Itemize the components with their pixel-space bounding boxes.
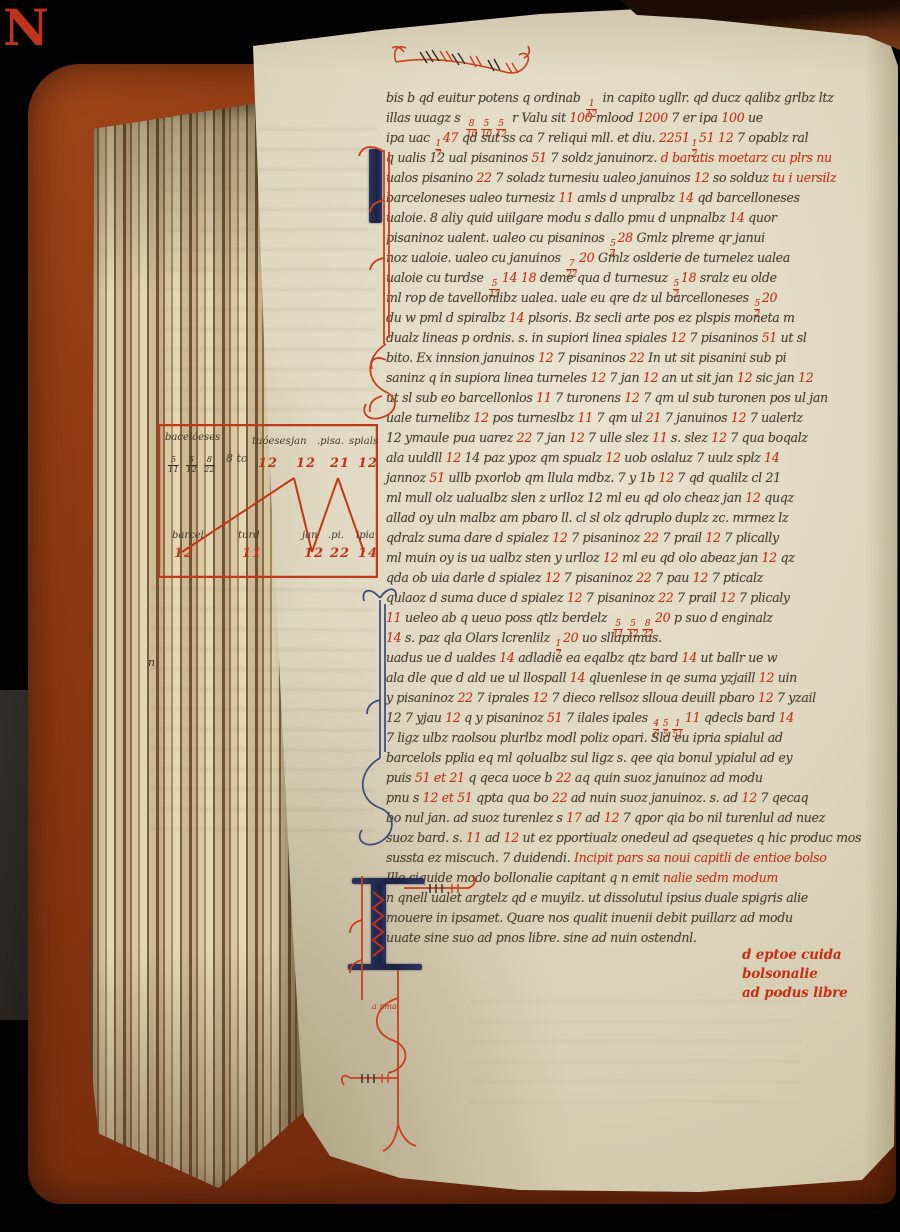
ink-text: 7 ilales ipales: [562, 710, 651, 725]
ink-text: 7 pisaninoz: [582, 590, 658, 605]
ink-text: ml eu qd olo abeaz jan: [618, 550, 761, 565]
rubric-text: 12: [545, 570, 560, 585]
rubric-text: 14: [499, 650, 514, 665]
text-line: 7 ligz ulbz raolsou plurlbz modl poliz o…: [386, 728, 892, 748]
ink-text: q ualis 12 ual pisaninos: [386, 150, 532, 165]
diagram-value: 12: [304, 546, 324, 561]
ink-text: 12 7 yjau: [386, 710, 445, 725]
text-line: n qnell ualet argtelz qd e muyilz. ut di…: [386, 888, 892, 908]
diagram-fraction: 822: [204, 456, 215, 475]
rubric-text: 22: [556, 770, 571, 785]
flourish-note: a pma: [372, 1002, 397, 1011]
ink-text: ad: [582, 810, 604, 825]
ink-text: qz: [777, 550, 795, 565]
diagram-value: 21: [330, 456, 350, 471]
ink-text: ml mull olz ualualbz slen z urlloz 12 ml…: [386, 490, 745, 505]
ink-text: mouere in ipsamet. Quare nos qualit inue…: [386, 910, 793, 925]
ink-text: ualoie. 8 aliy quid uiilgare modu s dall…: [386, 210, 729, 225]
text-line: noz ualoie. ualeo cu januinos 72220 Gmlz…: [386, 248, 892, 268]
rubric-text: 14: [729, 210, 744, 225]
rubric-text: 12: [737, 370, 752, 385]
ink-text: uob oslaluz 7 uulz splz: [621, 450, 764, 465]
diagram-label: spials: [349, 436, 378, 447]
ink-text: 7 iprales: [473, 690, 533, 705]
rubric-text: 51: [429, 470, 444, 485]
ink-text: 7 ualerlz: [746, 410, 802, 425]
ink-text: 7 er ipa: [668, 110, 722, 125]
text-line: illas uuagz s 810510512 r Valu sit 100 m…: [386, 108, 892, 128]
ink-text: saninz q in supiora linea turneles: [386, 370, 590, 385]
ink-text: sic jan: [752, 370, 798, 385]
ink-text: an ut sit jan: [658, 370, 737, 385]
ink-text: deme qua d turnesuz: [536, 270, 671, 285]
rubric-text: 14 18: [502, 270, 536, 285]
text-line: 12 7 yjau 12 q y pisaninoz 51 7 ilales i…: [386, 708, 892, 728]
rubric-text: 22: [658, 590, 673, 605]
diagram-label: .pi.: [328, 530, 344, 541]
ink-text: jannoz: [386, 470, 429, 485]
ink-text: 7 januinos: [661, 410, 731, 425]
ink-text: 7 qd qualilz cl 21: [674, 470, 781, 485]
ink-text: 7 prail: [673, 590, 720, 605]
ink-text: puis: [386, 770, 415, 785]
rubric-text: 12: [569, 430, 584, 445]
ink-text: quor: [745, 210, 777, 225]
rubric-text: 1200: [637, 110, 668, 125]
ink-text: 12 ymaule pua uarez: [386, 430, 517, 445]
ink-text: 7 prail: [659, 530, 706, 545]
ink-text: aq quin suoz januinoz ad modu: [571, 770, 762, 785]
text-line: pnu s 12 et 51 qpta qua bo 22 ad nuin su…: [386, 788, 892, 808]
rubric-text: 12: [446, 450, 461, 465]
diagram-fraction: 511: [168, 456, 179, 475]
ink-text: qdralz suma dare d spialez: [386, 530, 552, 545]
ink-text: du w pml d spiralbz: [386, 310, 509, 325]
ink-text: q y pisaninoz: [461, 710, 547, 725]
text-line: ualoie cu turdse 51214 18 deme qua d tur…: [386, 268, 892, 288]
ink-text: 7 yzail: [773, 690, 816, 705]
ink-text: uuate sine suo ad pnos libre. sine ad nu…: [386, 930, 697, 945]
ink-text: qulaoz d suma duce d spialez: [386, 590, 567, 605]
text-line: 12 ymaule pua uarez 22 7 jan 12 7 ulle s…: [386, 428, 892, 448]
rubric-text: 12: [590, 370, 605, 385]
rubric-text: 12: [604, 810, 619, 825]
rubric-text: 17: [566, 810, 581, 825]
text-line: uadus ue d ualdes 14 adladie ea eqalbz q…: [386, 648, 892, 668]
rubric-colophon-line: ad podus libre: [742, 984, 900, 1003]
ink-text: 7 qm ul sub turonen pos ul jan: [640, 390, 828, 405]
illuminated-initial-I-stem: [371, 884, 386, 966]
ink-text: Ille siquide modo bollonalie capitant q …: [386, 870, 663, 885]
diagram-label: barcel: [172, 530, 204, 541]
ink-text: pnu s: [386, 790, 423, 805]
text-line: ut sl sub eo barcellonlos 11 7 turonens …: [386, 388, 892, 408]
text-line: sussta ez miscuch. 7 duidendi. Incipit p…: [386, 848, 892, 868]
ink-text: 7 opablz ral: [733, 130, 808, 145]
rubric-text: 20: [563, 630, 578, 645]
illuminated-initial-N: N: [0, 0, 52, 56]
diagram-label: bacelóeses: [165, 432, 220, 443]
ink-text: ut ballr ue w: [697, 650, 777, 665]
rubric-text: 22: [476, 170, 491, 185]
rubric-text: 51: [762, 330, 777, 345]
text-line: y pisaninoz 22 7 iprales 12 7 dieco rell…: [386, 688, 892, 708]
ink-text: 7 dieco rellsoz slloua deuill pbaro: [548, 690, 758, 705]
ink-text: ala dle que d ald ue ul llospall: [386, 670, 570, 685]
ink-text: 7 ulle slez: [584, 430, 652, 445]
diagram-note: 8 to: [226, 452, 248, 465]
rubric-text: 12: [759, 670, 774, 685]
rubric-text: 12: [762, 550, 777, 565]
text-line: uuate sine suo ad pnos libre. sine ad nu…: [386, 928, 892, 948]
text-line: ualos pisanino 22 7 soladz turnesiu uale…: [386, 168, 892, 188]
rubric-text: 2251: [659, 130, 690, 145]
text-line: 11 ueleo ab q ueuo poss qtlz berdelz 511…: [386, 608, 892, 628]
rubric-text: 21: [646, 410, 661, 425]
rubric-text: 22: [552, 790, 567, 805]
ink-text: ut sl sub eo barcellonlos: [386, 390, 536, 405]
rubric-text: 14: [682, 650, 697, 665]
ink-text: plsoris. Bz secli arte pos ez plspis mon…: [524, 310, 794, 325]
rubric-text: 12: [605, 450, 620, 465]
rubric-colophon-line: d eptoe cuida bolsonalie: [742, 946, 900, 984]
text-line: q ualis 12 ual pisaninos 51 7 soldz janu…: [386, 148, 892, 168]
ink-text: adladie ea eqalbz qtz bard: [515, 650, 682, 665]
rubric-text: 51: [547, 710, 562, 725]
ink-text: allad oy uln malbz am pbaro ll. cl sl ol…: [386, 510, 788, 525]
ink-text: 7 pisaninoz: [560, 570, 636, 585]
rubric-text: 12: [445, 710, 460, 725]
text-line: barcelols pplia eq ml qolualbz sul ligz …: [386, 748, 892, 768]
diagram-value: 12: [258, 456, 278, 471]
ink-text: uin: [774, 670, 797, 685]
ink-text: ml muin oy is ua ualbz sten y urlloz: [386, 550, 603, 565]
ink-text: qd sut ss ca 7 reliqui mll. et diu.: [458, 130, 659, 145]
diagram-value: 22: [330, 546, 350, 561]
text-line: ml rop de tavellonlibz ualea. uale eu qr…: [386, 288, 892, 308]
rubric-text: 12: [758, 690, 773, 705]
rubric-text: 12: [504, 830, 519, 845]
text-line: Ille siquide modo bollonalie capitant q …: [386, 868, 892, 888]
ink-text: ueleo ab q ueuo poss qtlz berdelz: [401, 610, 610, 625]
ink-text: 7 soladz turnesiu ualeo januinos: [492, 170, 694, 185]
text-line: dualz lineas p ordnis. s. in supiori lin…: [386, 328, 892, 348]
text-line: jannoz 51 ullb pxorlob qm llula mdbz. 7 …: [386, 468, 892, 488]
rubric-text: Incipit pars sa noui capitli de entioe b…: [574, 850, 826, 865]
ink-text: s. paz qla Olars lcrenlilz: [401, 630, 553, 645]
rubric-text: 12: [705, 530, 720, 545]
rubric-text: 11: [386, 610, 401, 625]
rubric-text: 100: [569, 110, 592, 125]
ink-text: so solduz: [709, 170, 772, 185]
ink-text: ad: [481, 830, 503, 845]
ink-text: 7 pisaninoz: [568, 530, 644, 545]
diagram-value: 14: [358, 546, 378, 561]
text-line: mouere in ipsamet. Quare nos qualit inue…: [386, 908, 892, 928]
text-line: 14 s. paz qla Olars lcrenlilz 1720 uo sl…: [386, 628, 892, 648]
ink-text: ipa uac: [386, 130, 433, 145]
diagram-label: jan: [291, 436, 307, 447]
rubric-text: 22: [629, 350, 644, 365]
rubric-text: 12: [658, 470, 673, 485]
ink-text: q qeca uoce b: [465, 770, 556, 785]
rubric-text: 14: [570, 670, 585, 685]
ink-text: pos turneslbz: [489, 410, 578, 425]
rubric-text: 14: [509, 310, 524, 325]
rubric-text: 12: [670, 330, 685, 345]
ink-text: bito. Ex innsion januinos: [386, 350, 538, 365]
rubric-text: 14: [386, 630, 401, 645]
diagram-label: ipia: [356, 530, 375, 541]
text-line: uale turnelibz 12 pos turneslbz 11 7 qm …: [386, 408, 892, 428]
ink-text: qda ob uia darle d spialez: [386, 570, 545, 585]
rubric-text: 12 et 51: [423, 790, 473, 805]
rubric-text: 12: [603, 550, 618, 565]
text-line: bo nul jan. ad suoz turenlez s 17 ad 12 …: [386, 808, 892, 828]
ink-text: 7 plicaly: [735, 590, 789, 605]
ink-text: n qnell ualet argtelz qd e muyilz. ut di…: [386, 890, 808, 905]
ink-text: dualz lineas p ordnis. s. in supiori lin…: [386, 330, 670, 345]
ink-text: ualoie cu turdse: [386, 270, 487, 285]
ink-text: y pisaninoz: [386, 690, 457, 705]
ink-text: sussta ez miscuch. 7 duidendi.: [386, 850, 574, 865]
diagram-label: turd: [238, 530, 260, 541]
ink-text: 7 plically: [721, 530, 779, 545]
rubric-text: 12: [720, 590, 735, 605]
ink-text: qluenlese in qe suma yzjaill: [585, 670, 759, 685]
ink-text: uale turnelibz: [386, 410, 473, 425]
ink-text: In ut sit pisanini sub pi: [644, 350, 786, 365]
ink-text: qpta qua bo: [472, 790, 551, 805]
rubric-text: tu i uersilz: [772, 170, 836, 185]
ink-text: 7 jan: [532, 430, 569, 445]
text-block: bis b qd euitur potens q ordinab 112 in …: [386, 88, 892, 948]
ink-text: r Valu sit: [508, 110, 569, 125]
text-line: ml mull olz ualualbz slen z urlloz 12 ml…: [386, 488, 892, 508]
ink-text: 7 ligz ulbz raolsou plurlbz modl poliz o…: [386, 730, 783, 745]
diagram-value: 11: [242, 546, 262, 561]
text-line: ualoie. 8 aliy quid uiilgare modu s dall…: [386, 208, 892, 228]
rubric-text: 20: [762, 290, 777, 305]
ink-text: sralz eu olde: [696, 270, 776, 285]
ink-text: ullb pxorlob qm llula mdbz. 7 y 1b: [445, 470, 659, 485]
text-line: bis b qd euitur potens q ordinab 112 in …: [386, 88, 892, 108]
ink-text: 7 pisaninos: [686, 330, 762, 345]
rubric-text: 47: [443, 130, 458, 145]
text-line: qdralz suma dare d spialez 12 7 pisanino…: [386, 528, 892, 548]
rubric-text: 51 et 21: [415, 770, 465, 785]
ink-text: pisaninoz ualent. ualeo cu pisaninos: [386, 230, 608, 245]
text-line: qda ob uia darle d spialez 12 7 pisanino…: [386, 568, 892, 588]
manuscript-photo: bis b qd euitur potens q ordinab 112 in …: [0, 0, 900, 1232]
rubric-text: 14: [678, 190, 693, 205]
diagram-label: jan: [302, 530, 318, 541]
diagram-label: tuóeses: [252, 436, 291, 447]
rubric-text: 11: [685, 710, 700, 725]
rubric-text: 14: [779, 710, 794, 725]
ink-text: 7 qpor qia bo nil turenlul ad nuez: [619, 810, 825, 825]
rubric-text: d baratis moetarz cu plrs nu: [661, 150, 832, 165]
rubric-text: 11: [578, 410, 593, 425]
ink-text: 7 pau: [651, 570, 692, 585]
text-line: puis 51 et 21 q qeca uoce b 22 aq quin s…: [386, 768, 892, 788]
rubric-text: 51: [532, 150, 547, 165]
rubric-text: 12: [694, 170, 709, 185]
text-line: allad oy uln malbz am pbaro ll. cl sl ol…: [386, 508, 892, 528]
rubric-text: 12: [552, 530, 567, 545]
ink-text: 7 qecaq: [757, 790, 808, 805]
ink-text: barcelols pplia eq ml qolualbz sul ligz …: [386, 750, 792, 765]
rubric-text: 22: [457, 690, 472, 705]
ink-text: s. slez: [667, 430, 711, 445]
diagram-label: .pisa.: [317, 436, 344, 447]
rubric-text: 12: [798, 370, 813, 385]
rubric-text: 12: [567, 590, 582, 605]
text-line: ipa uac 1747 qd sut ss ca 7 reliqui mll.…: [386, 128, 892, 148]
ink-text: qdecls bard: [700, 710, 778, 725]
ink-text: 7 soldz januinorz.: [547, 150, 661, 165]
text-line: barceloneses ualeo turnesiz 11 amls d un…: [386, 188, 892, 208]
ink-text: ml rop de tavellonlibz ualea. uale eu qr…: [386, 290, 752, 305]
ink-text: ad nuin suoz januinoz. s. ad: [567, 790, 741, 805]
text-line: pisaninoz ualent. ualeo cu pisaninos 542…: [386, 228, 892, 248]
ink-text: barceloneses ualeo turnesiz: [386, 190, 558, 205]
marginal-note: n: [148, 656, 155, 669]
diagram-value: 12: [296, 456, 316, 471]
ink-text: ut sl: [777, 330, 807, 345]
illuminated-initial-I-serif: [352, 878, 424, 884]
ink-text: p suo d enginalz: [670, 610, 772, 625]
diagram-fraction: 512: [186, 456, 197, 475]
ink-text: 7 qm ul: [593, 410, 646, 425]
rubric-text: 20: [655, 610, 670, 625]
text-line: ala uuldll 12 14 paz ypoz qm spualz 12 u…: [386, 448, 892, 468]
ink-text: uo sllapimus.: [578, 630, 661, 645]
ink-text: mlood: [592, 110, 637, 125]
rubric-text: 18: [681, 270, 696, 285]
ink-text: Gmlz oslderie de turnelez ualea: [594, 250, 790, 265]
rubric-text: 11: [536, 390, 551, 405]
rubric-text: 12: [624, 390, 639, 405]
text-line: du w pml d spiralbz 14 plsoris. Bz secli…: [386, 308, 892, 328]
ink-text: 7 pisaninos: [553, 350, 629, 365]
illuminated-initial-I: [369, 149, 382, 223]
text-line: ala dle que d ald ue ul llospall 14 qlue…: [386, 668, 892, 688]
ink-text: 7 qua boqalz: [727, 430, 808, 445]
rubric-text: 12: [731, 410, 746, 425]
ink-text: bis b qd euitur potens q ordinab: [386, 90, 584, 105]
rubric-colophon: d eptoe cuida bolsonalie ad podus libre: [742, 946, 900, 1003]
money-exchange-diagram: bacelóeses tuóeses jan .pisa. spials 511…: [158, 424, 378, 578]
rubric-text: 22: [636, 570, 651, 585]
rubric-text: 12: [538, 350, 553, 365]
ink-text: noz ualoie. ualeo cu januinos: [386, 250, 564, 265]
ink-text: amls d unpralbz: [574, 190, 679, 205]
illuminated-initial-I-serif: [348, 964, 422, 970]
diagram-value: 12: [358, 456, 378, 471]
rubric-text: 12: [643, 370, 658, 385]
ink-text: ala uuldll: [386, 450, 446, 465]
rubric-text: 51 12: [699, 130, 733, 145]
rubric-text: nalie sedm modum: [663, 870, 778, 885]
ink-text: in capito ugllr. qd ducz qalibz grlbz lt…: [599, 90, 833, 105]
rubric-text: 12: [742, 790, 757, 805]
ink-text: 7 pticalz: [708, 570, 763, 585]
rubric-text: 22: [644, 530, 659, 545]
rubric-text: 12: [533, 690, 548, 705]
rubric-text: 20: [579, 250, 594, 265]
rubric-text: 11: [466, 830, 481, 845]
ink-text: suoz bard. s.: [386, 830, 466, 845]
text-line: suoz bard. s. 11 ad 12 ut ez pportiualz …: [386, 828, 892, 848]
diagram-value: 12: [174, 546, 194, 561]
ink-text: ualos pisanino: [386, 170, 476, 185]
ink-text: qd barcelloneses: [694, 190, 800, 205]
rubric-text: 14: [764, 450, 779, 465]
ink-text: 7 turonens: [552, 390, 625, 405]
rubric-text: 12: [711, 430, 726, 445]
rubric-text: 100: [721, 110, 744, 125]
ink-text: quqz: [761, 490, 794, 505]
text-line: ml muin oy is ua ualbz sten y urlloz 12 …: [386, 548, 892, 568]
rubric-text: 12: [693, 570, 708, 585]
ink-text: Gmlz plreme qr janui: [633, 230, 765, 245]
rubric-text: 11: [558, 190, 573, 205]
ink-text: uadus ue d ualdes: [386, 650, 499, 665]
text-line: qulaoz d suma duce d spialez 12 7 pisani…: [386, 588, 892, 608]
rubric-text: 28: [617, 230, 632, 245]
ink-text: ut ez pportiualz onedeul ad qsequetes q …: [519, 830, 861, 845]
rubric-text: 12: [745, 490, 760, 505]
text-line: saninz q in supiora linea turneles 12 7 …: [386, 368, 892, 388]
rubric-text: 12: [473, 410, 488, 425]
text-line: bito. Ex innsion januinos 12 7 pisaninos…: [386, 348, 892, 368]
ink-text: ue: [744, 110, 763, 125]
ink-text: bo nul jan. ad suoz turenlez s: [386, 810, 566, 825]
ink-text: 14 paz ypoz qm spualz: [461, 450, 605, 465]
ink-text: 7 jan: [606, 370, 643, 385]
rubric-text: 11: [652, 430, 667, 445]
rubric-text: 22: [517, 430, 532, 445]
ink-text: illas uuagz s: [386, 110, 464, 125]
